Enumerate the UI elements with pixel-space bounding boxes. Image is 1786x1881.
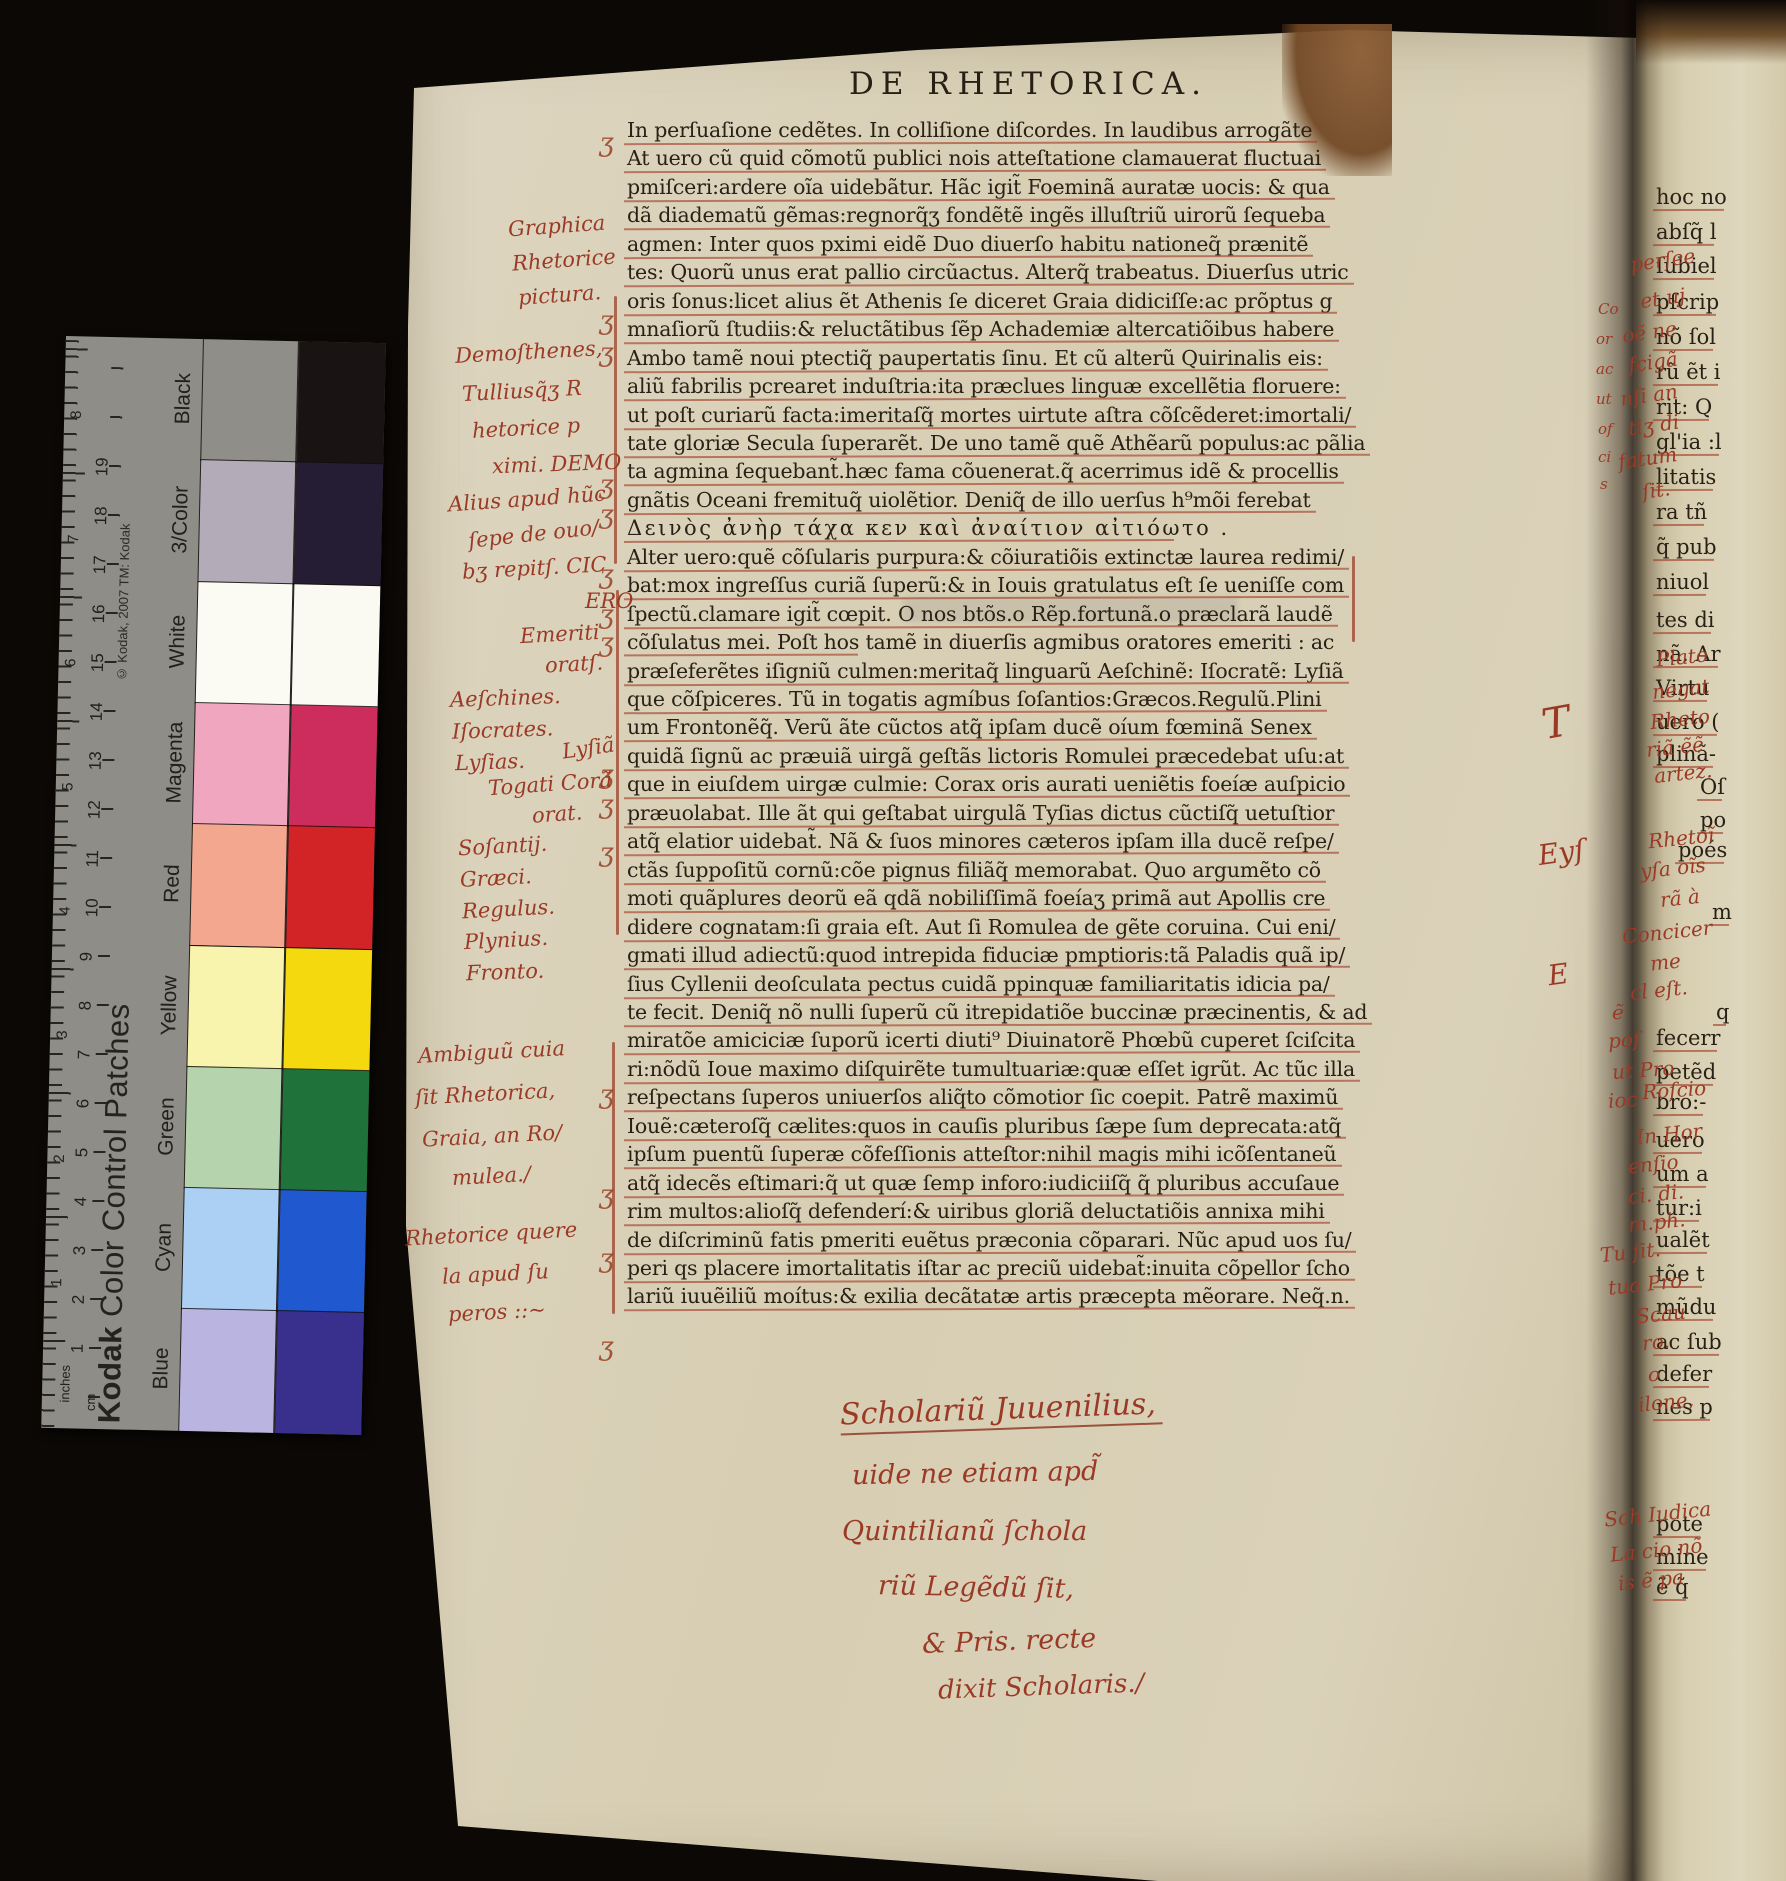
- page-heading: DE RHETORICA.: [849, 66, 1208, 102]
- color-patch-dark-3/color: [294, 463, 383, 586]
- rubric-bracket-mark: ʒ: [599, 1332, 614, 1362]
- margin-note-left: Lyſias.: [455, 749, 526, 775]
- facing-page-printed-fragment: ra tñ: [1656, 500, 1707, 524]
- color-patch-label: Black: [171, 373, 196, 425]
- printed-line: atq̃ idecẽs eſtimari:q̃ ut quæ ſemp info…: [627, 1171, 1339, 1195]
- ruler-cm-number: 1: [68, 1344, 88, 1354]
- printed-line: ſpectũ.clamare igit̃ cœpit. O nos btõs.o…: [627, 602, 1333, 626]
- printed-line: mnaſiorũ ſtudiis:& reluctãtibus ſẽp Acha…: [627, 317, 1334, 341]
- bottom-handwritten-note-line: Quintilianũ ſchola: [842, 1516, 1087, 1547]
- gutter-handwritten-fragment: rã à: [1659, 884, 1701, 912]
- printed-line: ipſum puentũ ſuperæ cõfeſſionis atteſtor…: [627, 1142, 1337, 1166]
- printed-line: reſpectans ſuperos uniuerſos aliq̃to cõm…: [627, 1085, 1338, 1109]
- ruler-cm-number: 2: [69, 1295, 89, 1305]
- gutter-handwritten-fragment: or: [1596, 330, 1612, 348]
- facing-page-printed-fragment: niuol: [1656, 570, 1709, 594]
- ruler-inch-number: 2: [51, 1154, 68, 1163]
- printed-line: miratõe amiciciæ ſuporũ icerti diuti⁹ Di…: [627, 1028, 1355, 1052]
- color-patch-light-cyan: [182, 1188, 279, 1311]
- color-patch-dark-white: [292, 584, 381, 707]
- color-patch-label: Green: [154, 1097, 179, 1156]
- ruler-cm-number: 7: [74, 1050, 94, 1060]
- printed-line: tate gloriæ Secula ſuperarẽt. De uno tam…: [627, 431, 1365, 455]
- rubric-bracket-mark: ʒ: [599, 838, 614, 868]
- color-patch-light-magenta: [193, 703, 290, 826]
- color-patch-label: 3/Color: [168, 486, 194, 554]
- bottom-handwritten-note-line: uide ne etiam apd̃: [852, 1456, 1099, 1491]
- ruler-inch-number: 6: [62, 658, 79, 667]
- printed-line: Iouẽ:cæteroſq̃ cælites:quos in cauſis pl…: [627, 1114, 1341, 1138]
- ruler-unit-inches: inches: [57, 1365, 73, 1403]
- ruler-cm-number: 4: [71, 1197, 91, 1207]
- ruler-cm-number: 3: [70, 1246, 90, 1256]
- gutter-handwritten-fragment: poſ: [1607, 1027, 1641, 1053]
- color-patch-label: White: [165, 614, 190, 668]
- rubric-underline: [1697, 799, 1722, 801]
- facing-page-printed-fragment: fecerr: [1656, 1026, 1720, 1050]
- ruler-inch-ticks: [41, 348, 87, 1435]
- rubric-underline: [1653, 314, 1716, 316]
- color-patch-dark-black: [297, 341, 386, 464]
- facing-page-printed-fragment: q̃ pub: [1656, 535, 1717, 559]
- bottom-handwritten-note-line: & Pris. recte: [922, 1623, 1097, 1660]
- ruler-cm-number: 10: [82, 898, 102, 917]
- facing-page-printed-fragment: hoc no: [1656, 185, 1727, 209]
- ruler-inch-number: 1: [48, 1278, 65, 1287]
- margin-mark-right: E: [1546, 957, 1571, 993]
- rubric-bracket-mark: ʒ: [599, 500, 614, 530]
- color-patch-light-white: [196, 582, 293, 705]
- printed-line: te fecit. Deniq̃ nõ nulli ſuperũ cũ itre…: [627, 1000, 1367, 1024]
- gutter-handwritten-fragment: me: [1649, 948, 1682, 975]
- printed-line: gmati illud adiectũ:quod intrepida fiduc…: [627, 943, 1345, 967]
- rubric-vertical-rule: [614, 296, 617, 564]
- printed-line: quidã ſignũ ac præuiã uirgã geſtãs licto…: [627, 744, 1344, 768]
- margin-note-left: oratſ.: [544, 650, 603, 677]
- gutter-handwritten-fragment: ro.: [1641, 1329, 1671, 1356]
- printed-line: In perſuaſione cedẽtes. In colliſione di…: [627, 118, 1312, 142]
- gutter-handwritten-fragment: o: [1648, 1362, 1660, 1386]
- printed-line: Ambo tamẽ noui ptectiq̃ paupertatis ſinu…: [627, 346, 1323, 370]
- margin-note-left: Regulus.: [461, 895, 555, 924]
- printed-line: gnãtis Oceani fremituq̃ uiolẽtior. Deniq…: [627, 488, 1311, 512]
- facing-page-printed-fragment: tes di: [1656, 608, 1714, 632]
- color-patch-label: Blue: [149, 1348, 174, 1391]
- rubric-underline: [1653, 594, 1706, 596]
- printed-line: agmen: Inter quos pximi eidẽ Duo diuerſo…: [627, 232, 1308, 256]
- ruler-cm-number: 17: [90, 555, 110, 574]
- gutter-handwritten-fragment: ac: [1596, 360, 1613, 378]
- facing-page-printed-fragment: m: [1712, 900, 1732, 924]
- gutter-handwritten-fragment: Co: [1598, 300, 1619, 318]
- rubric-underline: [1653, 1599, 1686, 1601]
- margin-note-left: mulea./: [451, 1162, 531, 1190]
- color-patch-label: Magenta: [162, 721, 188, 803]
- printed-line: dã diadematũ gẽmas:regnorq̃ʒ fondẽtẽ ing…: [627, 203, 1325, 227]
- color-patch-dark-magenta: [289, 705, 378, 828]
- rubric-underline: [1653, 524, 1704, 526]
- rubric-bracket-mark: ʒ: [599, 338, 614, 368]
- ruler-cm-number: 9: [77, 952, 97, 962]
- margin-note-left: Fronto.: [466, 959, 545, 986]
- facing-page-printed-fragment: q: [1716, 1000, 1729, 1024]
- gutter-handwritten-fragment: ẽ: [1612, 1000, 1624, 1024]
- printed-greek-line: Δεινὸς ἀνὴρ τάχα κεν καὶ ἀναίτιον αἰτιόω…: [627, 516, 1230, 540]
- ruler-cm-number: 18: [91, 506, 111, 525]
- ruler-cm-number: 15: [88, 653, 108, 672]
- printed-line: aliũ fabrilis pcrearet induſtria:ita præ…: [627, 374, 1341, 398]
- color-patch-light-blue: [179, 1309, 276, 1432]
- ruler-inch-number: 5: [59, 782, 76, 791]
- rubric-bracket-mark: ʒ: [599, 628, 614, 658]
- rubric-vertical-rule: [612, 1042, 615, 1314]
- gutter-handwritten-fragment: Roſcio: [1641, 1076, 1707, 1104]
- margin-note-left: orat.: [531, 800, 583, 827]
- gutter-handwritten-fragment: of: [1598, 420, 1613, 438]
- margin-mark-right: Eyſ: [1536, 833, 1587, 872]
- gutter-handwritten-fragment: ſit.: [1640, 476, 1671, 504]
- color-patch-light-yellow: [187, 945, 284, 1068]
- kodak-brand-rest: Color Control Patches: [94, 1003, 136, 1327]
- gutter-handwritten-fragment: ut: [1596, 390, 1612, 408]
- rubric-underline: [1653, 1050, 1717, 1052]
- color-patch-light-black: [201, 339, 298, 462]
- printed-line: Alter uero:quẽ cõſularis purpura:& cõiur…: [627, 545, 1344, 569]
- printed-line: ri:nõdũ Ioue maximo diſquirẽte tumultuar…: [627, 1057, 1355, 1081]
- printed-line: um Frontonẽq̃. Verũ ãte cũctos atq̃ ipſa…: [627, 715, 1312, 739]
- ruler-cm-number: 13: [86, 751, 106, 770]
- color-patch-label: Cyan: [152, 1223, 177, 1273]
- printed-line: ctãs ſuppoſitũ cornũ:cõe pignus filiãq̃ …: [627, 858, 1321, 882]
- ruler-cm-number: 6: [73, 1099, 93, 1109]
- rubric-vertical-rule: [616, 590, 619, 935]
- ruler-cm-number: 5: [72, 1148, 92, 1158]
- photo-of-book-opening: { "header": { "title": "DE RHETORICA." }…: [0, 0, 1786, 1881]
- color-patch-dark-cyan: [278, 1190, 367, 1313]
- rubric-underline: [1653, 632, 1711, 634]
- printed-line: que in eiuſdem uirgæ culmie: Corax oris …: [627, 772, 1345, 796]
- rubric-bracket-mark: ʒ: [599, 560, 614, 590]
- facing-page-printed-fragment: abſq̃ l: [1656, 220, 1717, 244]
- printed-line: tes: Quorũ unus erat pallio circũactus. …: [627, 260, 1349, 284]
- ruler-cm-number: 12: [85, 800, 105, 819]
- printed-line: de diſcriminũ fatis pmeriti euẽtus præco…: [627, 1228, 1351, 1252]
- color-patch-light-red: [190, 824, 287, 947]
- ruler-cm-number: 14: [87, 702, 107, 721]
- color-patch-label: Yellow: [157, 975, 182, 1035]
- printed-line: cõſulatus mei. Poſt hos tamẽ in diuerſis…: [627, 630, 1334, 654]
- bottom-handwritten-note-line: riũ Legẽdũ ſit,: [878, 1570, 1075, 1604]
- rubric-bracket-mark: ʒ: [599, 470, 614, 500]
- rubric-underline: [1653, 1354, 1719, 1356]
- ruler-unit-cm: cm: [83, 1393, 98, 1411]
- printed-line: atq̃ elatior uidebat̃. Nã & ſuos minores…: [627, 829, 1334, 853]
- color-patch-dark-green: [281, 1069, 370, 1192]
- rubric-bracket-mark: ʒ: [599, 306, 614, 336]
- printed-line: pmiſceri:ardere oĩa uidebãtur. Hãc igit̃…: [627, 175, 1330, 199]
- rubric-underline: [1653, 1114, 1703, 1116]
- ruler-cm-number: 8: [75, 1001, 95, 1011]
- ruler-cm-number: 11: [83, 850, 103, 868]
- printed-line: At uero cũ quid cõmotũ publici nois atte…: [627, 146, 1321, 170]
- kodak-color-control-strip: Kodak Color Control Patches © Kodak, 200…: [41, 336, 386, 1435]
- printed-line: peri qs placere imortalitatis iſtar ac p…: [627, 1256, 1350, 1280]
- rubric-bracket-mark: ʒ: [599, 760, 614, 790]
- color-patch-light-green: [185, 1067, 282, 1190]
- ruler-cm-number: 16: [89, 604, 109, 623]
- color-patch-dark-red: [286, 826, 375, 949]
- color-patch-label: Red: [160, 864, 185, 903]
- rubric-bracket-mark: ʒ: [599, 790, 614, 820]
- margin-note-left: Soſantij.: [457, 832, 547, 861]
- printed-line: oris ſonus:licet alius ẽt Athenis ſe dic…: [627, 289, 1332, 313]
- rubric-underline: [1653, 559, 1714, 561]
- printed-line: ut poſt curiarũ facta:imeritaſq̃ mortes …: [627, 403, 1351, 427]
- margin-note-left: Græci.: [459, 864, 532, 892]
- rubric-bracket-mark: ʒ: [599, 600, 614, 630]
- rubric-underline: [1653, 209, 1724, 211]
- margin-note-left: Aeſchines.: [450, 684, 562, 712]
- printed-line: que cõſpiceres. Tũ in togatis agmíbus ſo…: [627, 687, 1322, 711]
- color-patch-dark-yellow: [283, 948, 372, 1071]
- printed-line: rim multos:alioſq̃ defenderí:& uiribus g…: [627, 1199, 1325, 1223]
- rubric-underline: [1653, 278, 1714, 280]
- facing-page-printed-fragment: defer: [1656, 1362, 1712, 1386]
- ruler-inch-number: 7: [65, 534, 82, 543]
- rubric-underline: [1653, 1419, 1710, 1421]
- ruler-cm-number: 19: [92, 457, 112, 476]
- printed-line: præuolabat. Ille ãt qui geſtabat uirgulã…: [627, 801, 1334, 825]
- gutter-handwritten-fragment: ioc: [1607, 1087, 1638, 1113]
- margin-note-left: Emeriti: [519, 620, 600, 648]
- gutter-handwritten-fragment: ci: [1598, 448, 1611, 466]
- margin-note-left: Iſocrates.: [452, 716, 554, 744]
- gutter-handwritten-fragment: s: [1600, 475, 1608, 493]
- printed-line: præſeferẽtes iſigniũ culmen:meritaq̃ lin…: [627, 659, 1344, 683]
- color-patch-light-3/color: [198, 460, 295, 583]
- ruler-inch-number: 8: [68, 410, 85, 419]
- printed-line: lariũ iuuẽiliũ moítus:& exilia decãtatæ …: [627, 1284, 1350, 1308]
- ruler-inch-number: 4: [57, 906, 74, 915]
- margin-note-left: peros ::~: [447, 1297, 546, 1326]
- printed-line: ſius Cyllenii deoſculata pectus cuidã pp…: [627, 972, 1330, 996]
- rubric-bracket-mark: ʒ: [599, 128, 614, 158]
- ruler-inch-number: 3: [54, 1030, 71, 1039]
- printed-line: moti quãplures deorũ eã qdã nobiliſſimã …: [627, 886, 1325, 910]
- color-patch-dark-blue: [275, 1311, 364, 1434]
- printed-line: bat:mox ingreſſus curiã ſuperũ:& in Ioui…: [627, 573, 1344, 597]
- printed-line: didere cognatam:ſi graia eſt. Aut ſi Rom…: [627, 915, 1335, 939]
- printed-line: ta agmina ſequebant̃.hæc fama cõuenerat.…: [627, 459, 1339, 483]
- margin-note-left: Plynius.: [463, 926, 548, 954]
- rubric-vertical-rule: [1352, 556, 1355, 642]
